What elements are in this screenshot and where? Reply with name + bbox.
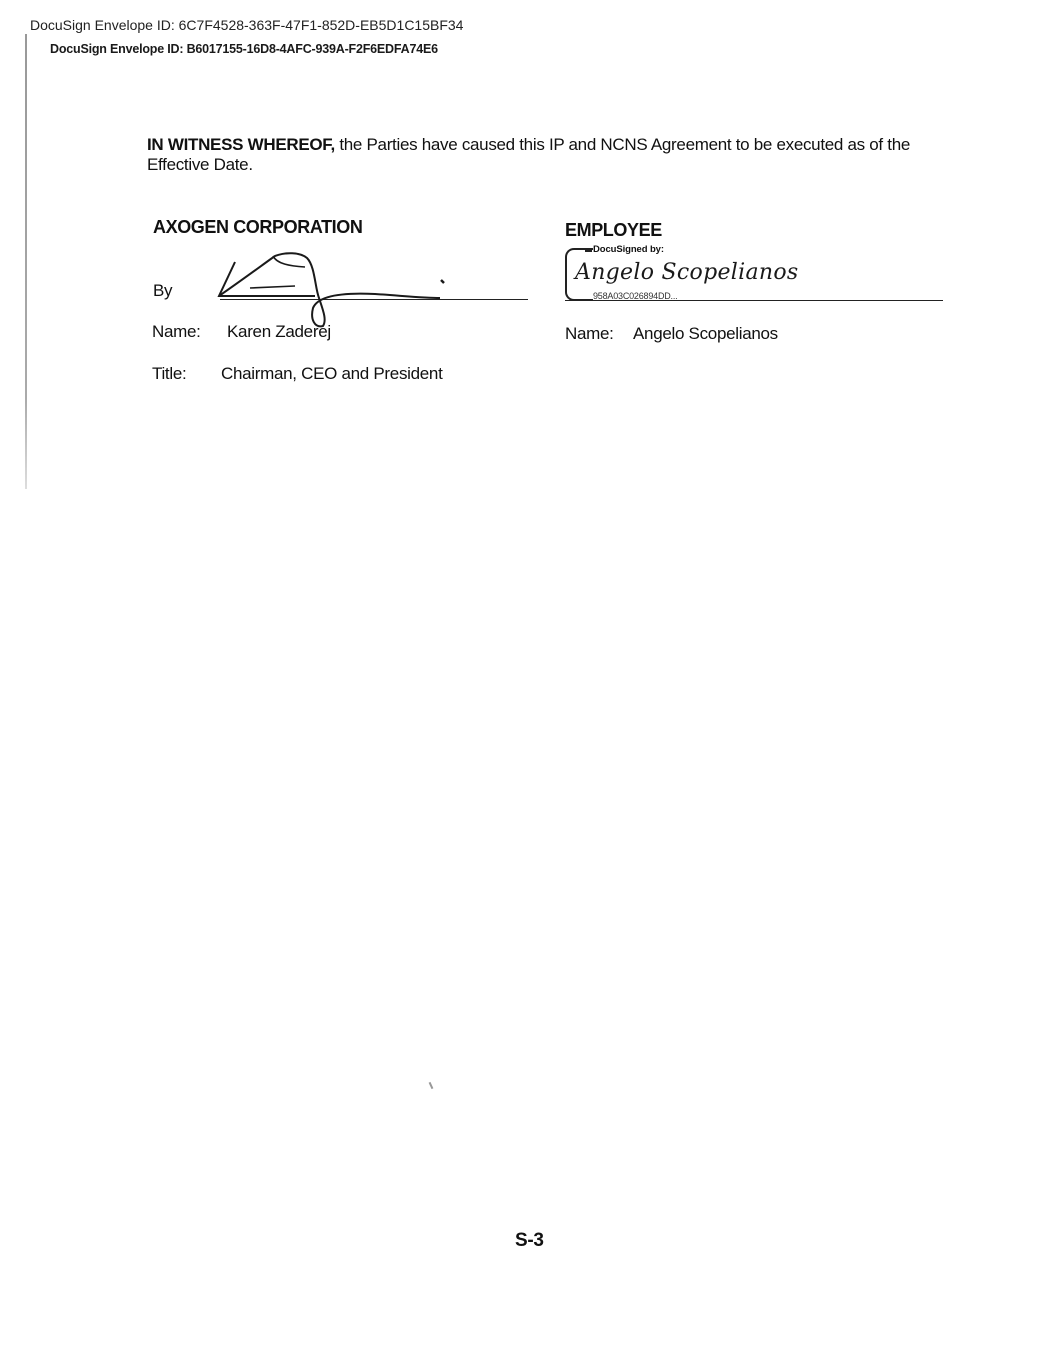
docusigned-by-label: DocuSigned by:: [593, 244, 664, 255]
company-signer-name: Karen Zaderej: [227, 322, 331, 342]
scan-artifact: [429, 1082, 434, 1089]
employee-signature: Angelo Scopelianos: [575, 260, 798, 285]
employee-name: Angelo Scopelianos: [633, 324, 778, 344]
employee-signature-line: [565, 300, 943, 301]
inner-envelope-id: DocuSign Envelope ID: B6017155-16D8-4AFC…: [50, 42, 438, 56]
witness-lead: IN WITNESS WHEREOF,: [147, 135, 335, 154]
outer-envelope-id: DocuSign Envelope ID: 6C7F4528-363F-47F1…: [30, 17, 463, 33]
company-title-label: Title:: [152, 364, 186, 384]
company-signer-title: Chairman, CEO and President: [221, 364, 443, 384]
company-name-label: Name:: [152, 322, 201, 342]
employee-heading: EMPLOYEE: [565, 220, 662, 241]
scan-margin-line: [25, 34, 27, 489]
page-number: S-3: [515, 1230, 544, 1252]
witness-clause: IN WITNESS WHEREOF, the Parties have cau…: [147, 135, 937, 175]
by-label: By: [153, 281, 172, 301]
company-heading: AXOGEN CORPORATION: [153, 217, 362, 238]
employee-name-label: Name:: [565, 324, 614, 344]
handwritten-signature-icon: [215, 248, 455, 328]
